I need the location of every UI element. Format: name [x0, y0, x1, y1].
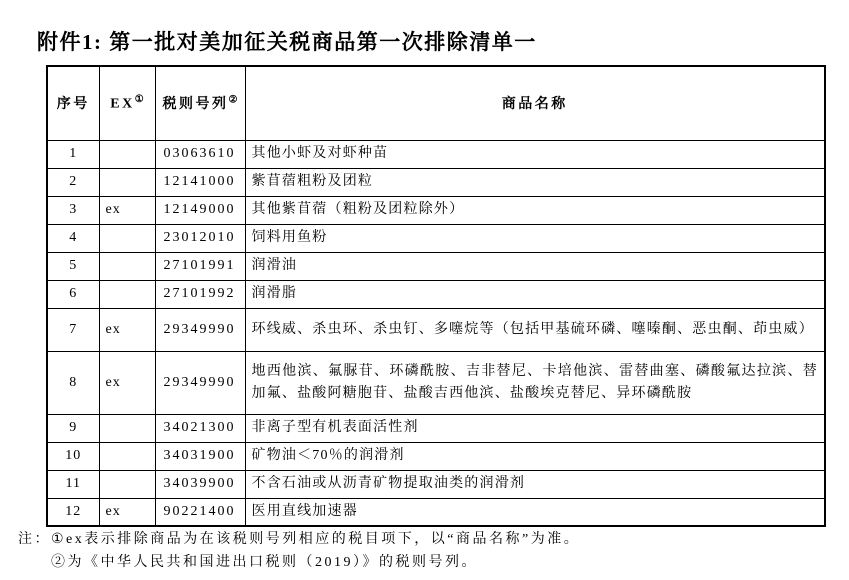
- cell-serial-number: 9: [47, 414, 99, 442]
- cell-tariff-code: 23012010: [155, 224, 245, 252]
- cell-ex: ex: [99, 308, 155, 351]
- header-serial-number: 序号: [47, 66, 99, 140]
- cell-serial-number: 7: [47, 308, 99, 351]
- cell-serial-number: 1: [47, 140, 99, 168]
- footnote-1: ①ex表示排除商品为在该税则号列相应的税目项下，以“商品名称”为准。: [51, 528, 833, 551]
- cell-ex: [99, 470, 155, 498]
- cell-tariff-code: 12141000: [155, 168, 245, 196]
- cell-serial-number: 10: [47, 442, 99, 470]
- cell-product-name: 地西他滨、氟脲苷、环磷酰胺、吉非替尼、卡培他滨、雷替曲塞、磷酸氟达拉滨、替加氟、…: [245, 351, 825, 414]
- cell-ex: ex: [99, 498, 155, 526]
- cell-serial-number: 2: [47, 168, 99, 196]
- table-row: 11 34039900 不含石油或从沥青矿物提取油类的润滑剂: [47, 470, 825, 498]
- table-header: 序号 EX① 税则号列② 商品名称: [47, 66, 825, 140]
- header-product-name: 商品名称: [245, 66, 825, 140]
- table-row: 4 23012010 饲料用鱼粉: [47, 224, 825, 252]
- cell-ex: ex: [99, 351, 155, 414]
- footnotes: 注： ①ex表示排除商品为在该税则号列相应的税目项下，以“商品名称”为准。 ②为…: [18, 528, 833, 574]
- footnote-lines: ①ex表示排除商品为在该税则号列相应的税目项下，以“商品名称”为准。 ②为《中华…: [51, 528, 833, 574]
- table-row: 5 27101991 润滑油: [47, 252, 825, 280]
- cell-ex: [99, 442, 155, 470]
- cell-tariff-code: 12149000: [155, 196, 245, 224]
- table-row: 10 34031900 矿物油＜70％的润滑剂: [47, 442, 825, 470]
- cell-tariff-code: 27101991: [155, 252, 245, 280]
- cell-tariff-code: 27101992: [155, 280, 245, 308]
- footnote-2: ②为《中华人民共和国进出口税则（2019）》的税则号列。: [51, 551, 833, 574]
- table-row: 3 ex 12149000 其他紫苜蓿（粗粉及团粒除外）: [47, 196, 825, 224]
- cell-tariff-code: 34021300: [155, 414, 245, 442]
- cell-ex: [99, 252, 155, 280]
- cell-product-name: 非离子型有机表面活性剂: [245, 414, 825, 442]
- cell-ex: [99, 280, 155, 308]
- cell-tariff-code: 34039900: [155, 470, 245, 498]
- cell-product-name: 环线威、杀虫环、杀虫钉、多噻烷等（包括甲基硫环磷、噻嗪酮、恶虫酮、茚虫威）: [245, 308, 825, 351]
- header-tariff-code: 税则号列②: [155, 66, 245, 140]
- cell-ex: [99, 140, 155, 168]
- cell-product-name: 其他小虾及对虾种苗: [245, 140, 825, 168]
- table-row: 6 27101992 润滑脂: [47, 280, 825, 308]
- document-page: 附件1: 第一批对美加征关税商品第一次排除清单一 序号 EX① 税则号列② 商品…: [0, 0, 849, 580]
- table-row: 2 12141000 紫苜蓿粗粉及团粒: [47, 168, 825, 196]
- table-row: 7 ex 29349990 环线威、杀虫环、杀虫钉、多噻烷等（包括甲基硫环磷、噻…: [47, 308, 825, 351]
- header-serial-number-label: 序号: [57, 97, 90, 112]
- table-row: 1 03063610 其他小虾及对虾种苗: [47, 140, 825, 168]
- cell-serial-number: 8: [47, 351, 99, 414]
- note-ref-2-icon: ②: [229, 95, 238, 106]
- cell-ex: [99, 224, 155, 252]
- cell-product-name: 矿物油＜70％的润滑剂: [245, 442, 825, 470]
- cell-serial-number: 5: [47, 252, 99, 280]
- exclusion-list-table: 序号 EX① 税则号列② 商品名称 1 03063610 其他小虾及对虾种苗 2…: [46, 65, 826, 527]
- cell-product-name: 润滑脂: [245, 280, 825, 308]
- header-tariff-code-label: 税则号列: [163, 97, 229, 112]
- cell-product-name: 其他紫苜蓿（粗粉及团粒除外）: [245, 196, 825, 224]
- note-ref-1-icon: ①: [135, 94, 144, 105]
- cell-serial-number: 4: [47, 224, 99, 252]
- table-body: 1 03063610 其他小虾及对虾种苗 2 12141000 紫苜蓿粗粉及团粒…: [47, 140, 825, 526]
- cell-tariff-code: 29349990: [155, 308, 245, 351]
- cell-serial-number: 11: [47, 470, 99, 498]
- cell-ex: [99, 414, 155, 442]
- cell-tariff-code: 29349990: [155, 351, 245, 414]
- cell-tariff-code: 03063610: [155, 140, 245, 168]
- cell-product-name: 饲料用鱼粉: [245, 224, 825, 252]
- cell-product-name: 润滑油: [245, 252, 825, 280]
- cell-product-name: 不含石油或从沥青矿物提取油类的润滑剂: [245, 470, 825, 498]
- header-product-name-label: 商品名称: [502, 97, 568, 112]
- cell-serial-number: 12: [47, 498, 99, 526]
- cell-ex: ex: [99, 196, 155, 224]
- table-row: 8 ex 29349990 地西他滨、氟脲苷、环磷酰胺、吉非替尼、卡培他滨、雷替…: [47, 351, 825, 414]
- header-ex-label: EX: [110, 97, 134, 112]
- footnote-prefix: 注：: [18, 528, 51, 551]
- table-row: 9 34021300 非离子型有机表面活性剂: [47, 414, 825, 442]
- document-title: 附件1: 第一批对美加征关税商品第一次排除清单一: [37, 26, 537, 56]
- cell-serial-number: 6: [47, 280, 99, 308]
- cell-tariff-code: 34031900: [155, 442, 245, 470]
- cell-product-name: 紫苜蓿粗粉及团粒: [245, 168, 825, 196]
- table-row: 12 ex 90221400 医用直线加速器: [47, 498, 825, 526]
- cell-serial-number: 3: [47, 196, 99, 224]
- cell-tariff-code: 90221400: [155, 498, 245, 526]
- cell-product-name: 医用直线加速器: [245, 498, 825, 526]
- header-row: 序号 EX① 税则号列② 商品名称: [47, 66, 825, 140]
- cell-ex: [99, 168, 155, 196]
- header-ex: EX①: [99, 66, 155, 140]
